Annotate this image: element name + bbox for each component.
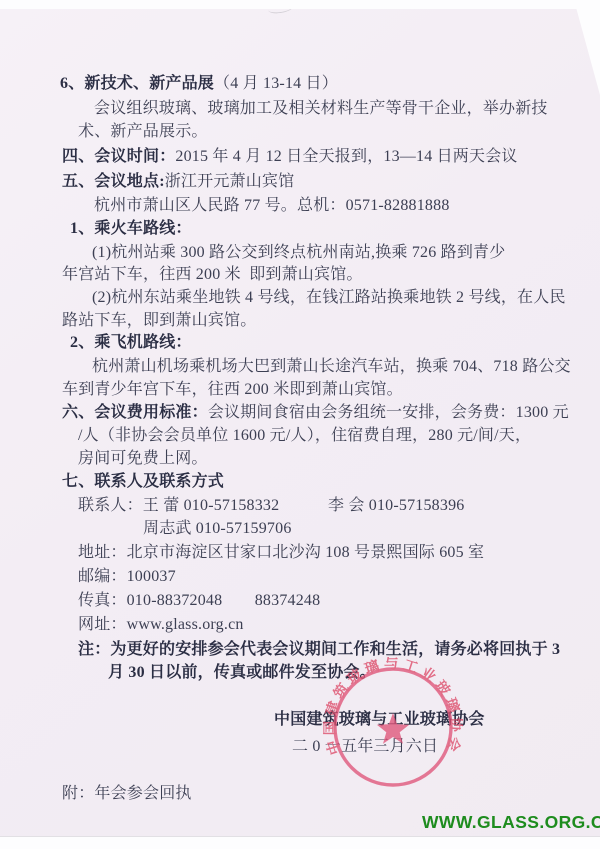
doc-line: (1)杭州站乘 300 路公交到终点杭州南站,换乘 726 路到青少 bbox=[92, 243, 505, 263]
doc-text-segment: 会议组织玻璃、玻璃加工及相关材料生产等骨干企业，举办新技 bbox=[94, 100, 548, 117]
doc-line: 术、新产品展示。 bbox=[78, 122, 208, 142]
doc-text-segment: 联系人：王 蕾 010-57158332 bbox=[78, 497, 279, 514]
doc-text-segment: 车到青少年宫下车，往西 200 米即到萧山宾馆。 bbox=[62, 381, 403, 398]
doc-text-segment: 中国建筑玻璃与工业玻璃协会 bbox=[274, 711, 485, 728]
doc-text-segment: 六、会议费用标准： bbox=[62, 404, 208, 421]
doc-text-segment: （4 月 13-14 日） bbox=[214, 75, 338, 92]
doc-line: /人（非协会会员单位 1600 元/人），住宿费自理，280 元/间/天， bbox=[78, 426, 531, 446]
doc-line: 七、联系人及联系方式 bbox=[62, 472, 224, 492]
doc-line: 车到青少年宫下车，往西 200 米即到萧山宾馆。 bbox=[62, 380, 403, 400]
doc-line: 二 0 一五年三月六日 bbox=[292, 737, 438, 757]
doc-text-segment: /人（非协会会员单位 1600 元/人），住宿费自理，280 元/间/天， bbox=[78, 427, 531, 444]
doc-line: 房间可免费上网。 bbox=[78, 449, 208, 469]
doc-text-segment: (2)杭州东站乘坐地铁 4 号线，在钱江路站换乘地铁 2 号线，在人民 bbox=[92, 289, 566, 306]
scan-edge-top bbox=[0, 0, 600, 9]
scanned-page: 6、新技术、新产品展（4 月 13-14 日）会议组织玻璃、玻璃加工及相关材料生… bbox=[0, 0, 600, 849]
doc-text-segment: 路站下车，即到萧山宾馆。 bbox=[62, 312, 256, 329]
doc-line: 6、新技术、新产品展（4 月 13-14 日） bbox=[60, 74, 338, 94]
doc-line: 地址：北京市海淀区甘家口北沙沟 108 号景熙国际 605 室 bbox=[78, 543, 484, 563]
doc-line: 六、会议费用标准：会议期间食宿由会务组统一安排，会务费：1300 元 bbox=[62, 403, 569, 423]
doc-text-segment: 传真：010-88372048 88374248 bbox=[78, 592, 320, 609]
doc-line: 路站下车，即到萧山宾馆。 bbox=[62, 311, 256, 331]
doc-text-segment: 年宫站下车，往西 200 米 即到萧山宾馆。 bbox=[62, 266, 363, 283]
doc-text-segment: 房间可免费上网。 bbox=[78, 450, 208, 467]
doc-line: 邮编：100037 bbox=[78, 567, 176, 587]
doc-text-segment: 6、新技术、新产品展 bbox=[60, 75, 214, 92]
doc-text-segment: 邮编：100037 bbox=[78, 568, 176, 585]
doc-text-segment: 会议期间食宿由会务组统一安排，会务费：1300 元 bbox=[208, 404, 569, 421]
doc-text-segment: (1)杭州站乘 300 路公交到终点杭州南站,换乘 726 路到青少 bbox=[92, 244, 505, 261]
doc-text-segment: 附：年会参会回执 bbox=[62, 785, 192, 802]
doc-line: 四、会议时间：2015 年 4 月 12 日全天报到，13—14 日两天会议 bbox=[62, 147, 518, 167]
doc-text-segment: 七、联系人及联系方式 bbox=[62, 473, 224, 490]
doc-line: 传真：010-88372048 88374248 bbox=[78, 591, 320, 611]
doc-line: 杭州萧山机场乘机场大巴到萧山长途汽车站，换乘 704、718 路公交 bbox=[92, 357, 571, 377]
doc-line: 月 30 日以前，传真或邮件发至协会。 bbox=[108, 663, 376, 683]
doc-line: 五、会议地点:浙江开元萧山宾馆 bbox=[62, 172, 294, 192]
doc-line: 周志武 010-57159706 bbox=[143, 519, 292, 539]
doc-text-segment: 注：为更好的安排参会代表会议期间工作和生活，请务必将回执于 3 bbox=[78, 641, 560, 658]
doc-text-segment: 2、乘飞机路线： bbox=[70, 334, 192, 351]
doc-text-segment: 网址：www.glass.org.cn bbox=[78, 616, 244, 633]
doc-text-segment: 杭州萧山机场乘机场大巴到萧山长途汽车站，换乘 704、718 路公交 bbox=[92, 358, 571, 375]
doc-text-segment: 浙江开元萧山宾馆 bbox=[165, 173, 295, 190]
doc-text-segment: 二 0 一五年三月六日 bbox=[292, 738, 438, 755]
doc-text-segment: 李 会 010-57158396 bbox=[279, 497, 464, 514]
doc-line: 1、乘火车路线： bbox=[70, 219, 192, 239]
doc-line: 附：年会参会回执 bbox=[62, 784, 192, 804]
doc-line: 年宫站下车，往西 200 米 即到萧山宾馆。 bbox=[62, 265, 363, 285]
doc-text-segment: 四、会议时间： bbox=[62, 148, 175, 165]
footer-website-watermark: WWW.GLASS.ORG.CN bbox=[422, 812, 600, 833]
doc-text-segment: 术、新产品展示。 bbox=[78, 123, 208, 140]
doc-line: 中国建筑玻璃与工业玻璃协会 bbox=[274, 710, 485, 730]
doc-text-segment: 2015 年 4 月 12 日全天报到，13—14 日两天会议 bbox=[175, 148, 517, 165]
doc-line: 注：为更好的安排参会代表会议期间工作和生活，请务必将回执于 3 bbox=[78, 640, 560, 660]
scan-edge-bottom bbox=[0, 836, 600, 849]
doc-text-segment: 杭州市萧山区人民路 77 号。总机：0571-82881888 bbox=[94, 197, 450, 214]
doc-line: 杭州市萧山区人民路 77 号。总机：0571-82881888 bbox=[94, 196, 450, 216]
doc-line: (2)杭州东站乘坐地铁 4 号线，在钱江路站换乘地铁 2 号线，在人民 bbox=[92, 288, 566, 308]
doc-text-segment: 月 30 日以前，传真或邮件发至协会。 bbox=[108, 664, 376, 681]
doc-line: 会议组织玻璃、玻璃加工及相关材料生产等骨干企业，举办新技 bbox=[94, 99, 548, 119]
doc-text-segment: 地址：北京市海淀区甘家口北沙沟 108 号景熙国际 605 室 bbox=[78, 544, 484, 561]
doc-line: 2、乘飞机路线： bbox=[70, 333, 192, 353]
doc-text-segment: 1、乘火车路线： bbox=[70, 220, 192, 237]
doc-line: 联系人：王 蕾 010-57158332 李 会 010-57158396 bbox=[78, 496, 464, 516]
doc-text-segment: 五、会议地点: bbox=[62, 173, 165, 190]
doc-text-segment: 周志武 010-57159706 bbox=[143, 520, 292, 537]
doc-line: 网址：www.glass.org.cn bbox=[78, 615, 244, 635]
